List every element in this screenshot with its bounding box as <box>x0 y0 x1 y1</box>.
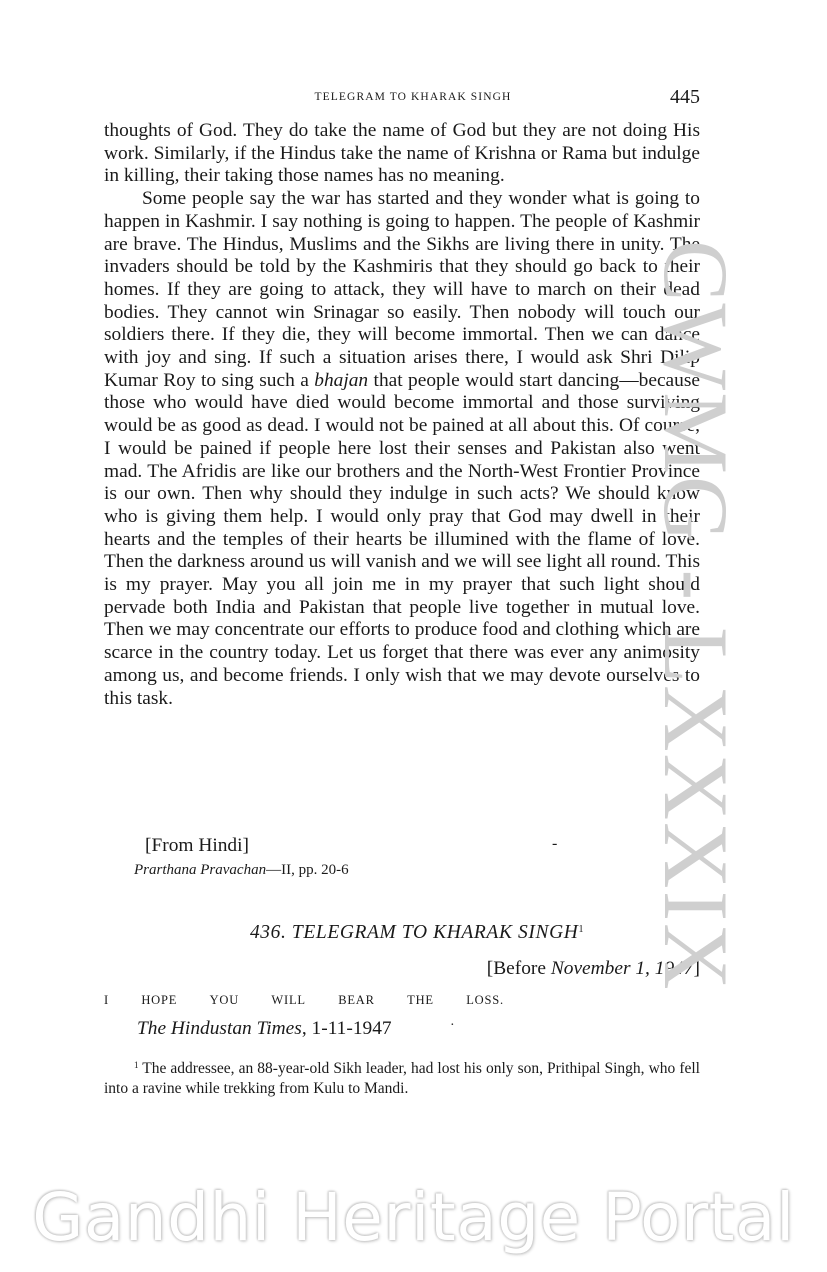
newspaper-date: , 1-11-1947 <box>302 1018 392 1039</box>
page-number: 445 <box>670 86 700 109</box>
paragraph-kashmir: Some people say the war has started and … <box>104 188 700 710</box>
paragraph-continued: thoughts of God. They do take the name o… <box>104 120 700 188</box>
footnote-text: 1 The addressee, an 88-year-old Sikh lea… <box>104 1055 700 1099</box>
paragraph-text-start: Some people say the war has started and … <box>104 188 700 391</box>
dateline-prefix: [Before <box>487 958 551 979</box>
section-title: 436. TELEGRAM TO KHARAK SINGH <box>250 922 579 943</box>
italic-term: bhajan <box>314 370 368 391</box>
running-header: TELEGRAM TO KHARAK SINGH 445 <box>104 88 700 112</box>
stray-mark: · <box>450 1018 455 1034</box>
telegram-source: The Hindustan Times, 1-11-1947 <box>137 1018 392 1040</box>
portal-watermark: Gandhi Heritage Portal <box>0 1178 827 1257</box>
footnote-body: The addressee, an 88-year-old Sikh leade… <box>104 1060 700 1097</box>
telegram-word: BEAR <box>338 993 375 1008</box>
telegram-word: I <box>104 993 109 1008</box>
section-heading: 436. TELEGRAM TO KHARAK SINGH1 <box>104 922 700 944</box>
running-title: TELEGRAM TO KHARAK SINGH <box>104 91 700 103</box>
telegram-word: YOU <box>210 993 239 1008</box>
footnote: 1 The addressee, an 88-year-old Sikh lea… <box>104 1055 700 1099</box>
newspaper-title: The Hindustan Times <box>137 1018 302 1039</box>
telegram-text: I HOPE YOU WILL BEAR THE LOSS. <box>104 993 504 1008</box>
telegram-word: LOSS. <box>466 993 504 1008</box>
volume-watermark-text: CWMG - LXXXIX <box>650 240 742 992</box>
telegram-word: HOPE <box>141 993 177 1008</box>
footnote-number: 1 <box>134 1060 139 1070</box>
stray-mark: - <box>552 835 557 853</box>
paragraph-text-end: that people would start dancing—because … <box>104 370 700 709</box>
telegram-word: THE <box>407 993 434 1008</box>
source-pages: —II, pp. 20-6 <box>266 862 349 878</box>
source-title: Prarthana Pravachan <box>134 862 266 878</box>
telegram-word: WILL <box>271 993 305 1008</box>
document-page: TELEGRAM TO KHARAK SINGH 445 thoughts of… <box>0 0 827 1272</box>
body-text: thoughts of God. They do take the name o… <box>104 120 700 710</box>
footnote-ref: 1 <box>578 924 584 935</box>
translation-note: [From Hindi] <box>145 835 249 857</box>
source-citation: Prarthana Pravachan—II, pp. 20-6 <box>134 862 349 879</box>
